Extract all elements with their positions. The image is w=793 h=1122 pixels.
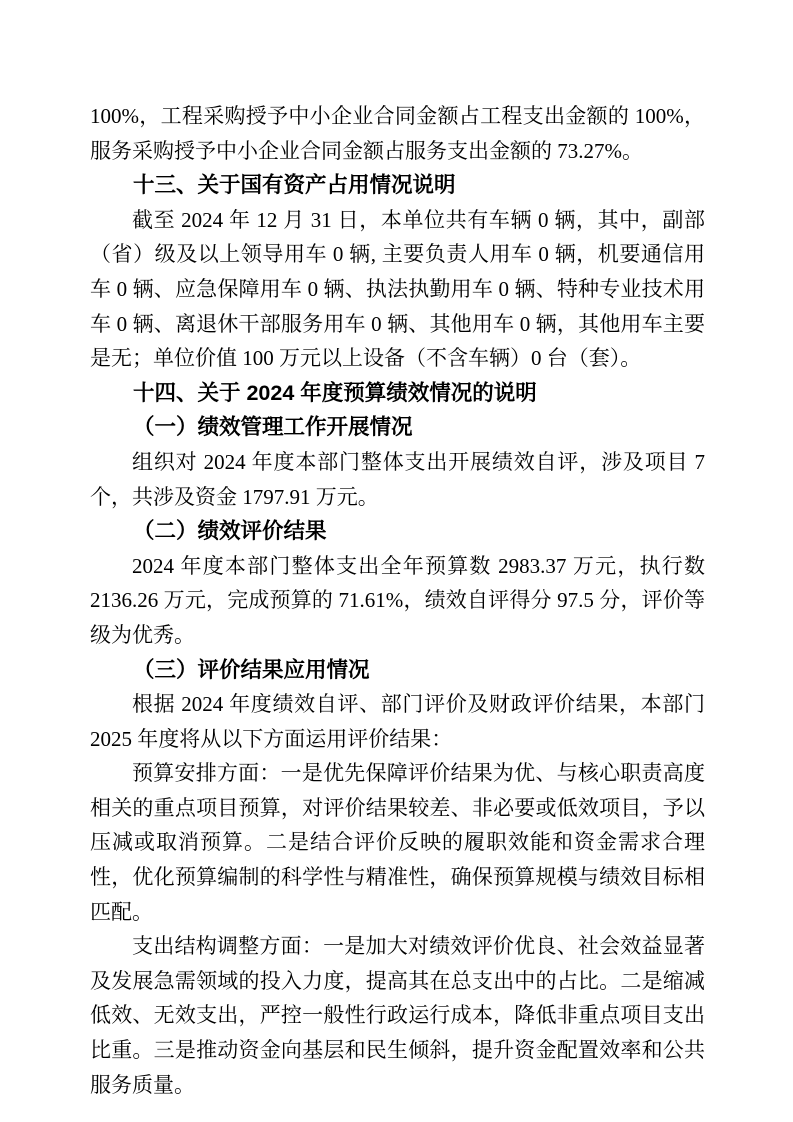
heading-budget-performance-2024: 十四、关于 2024 年度预算绩效情况的说明	[90, 376, 705, 411]
paragraph-vehicles-and-equipment: 截至 2024 年 12 月 31 日，本单位共有车辆 0 辆，其中，副部（省）…	[90, 203, 705, 376]
paragraph-procurement-continuation: 100%，工程采购授予中小企业合同金额占工程支出金额的 100%，服务采购授予中…	[90, 99, 705, 168]
heading-state-assets: 十三、关于国有资产占用情况说明	[90, 168, 705, 203]
subheading-evaluation-results: （二）绩效评价结果	[90, 514, 705, 549]
paragraph-self-evaluation-scope: 组织对 2024 年度本部门整体支出开展绩效自评，涉及项目 7 个，共涉及资金 …	[90, 445, 705, 514]
document-page: 100%，工程采购授予中小企业合同金额占工程支出金额的 100%，服务采购授予中…	[0, 0, 793, 1122]
paragraph-expenditure-structure: 支出结构调整方面：一是加大对绩效评价优良、社会效益显著及发展急需领域的投入力度，…	[90, 929, 705, 1102]
paragraph-budget-execution-results: 2024 年度本部门整体支出全年预算数 2983.37 万元，执行数 2136.…	[90, 549, 705, 653]
subheading-result-application: （三）评价结果应用情况	[90, 653, 705, 688]
paragraph-application-intro: 根据 2024 年度绩效自评、部门评价及财政评价结果，本部门 2025 年度将从…	[90, 687, 705, 756]
paragraph-budget-arrangement: 预算安排方面：一是优先保障评价结果为优、与核心职责高度相关的重点项目预算，对评价…	[90, 756, 705, 929]
subheading-performance-management: （一）绩效管理工作开展情况	[90, 410, 705, 445]
